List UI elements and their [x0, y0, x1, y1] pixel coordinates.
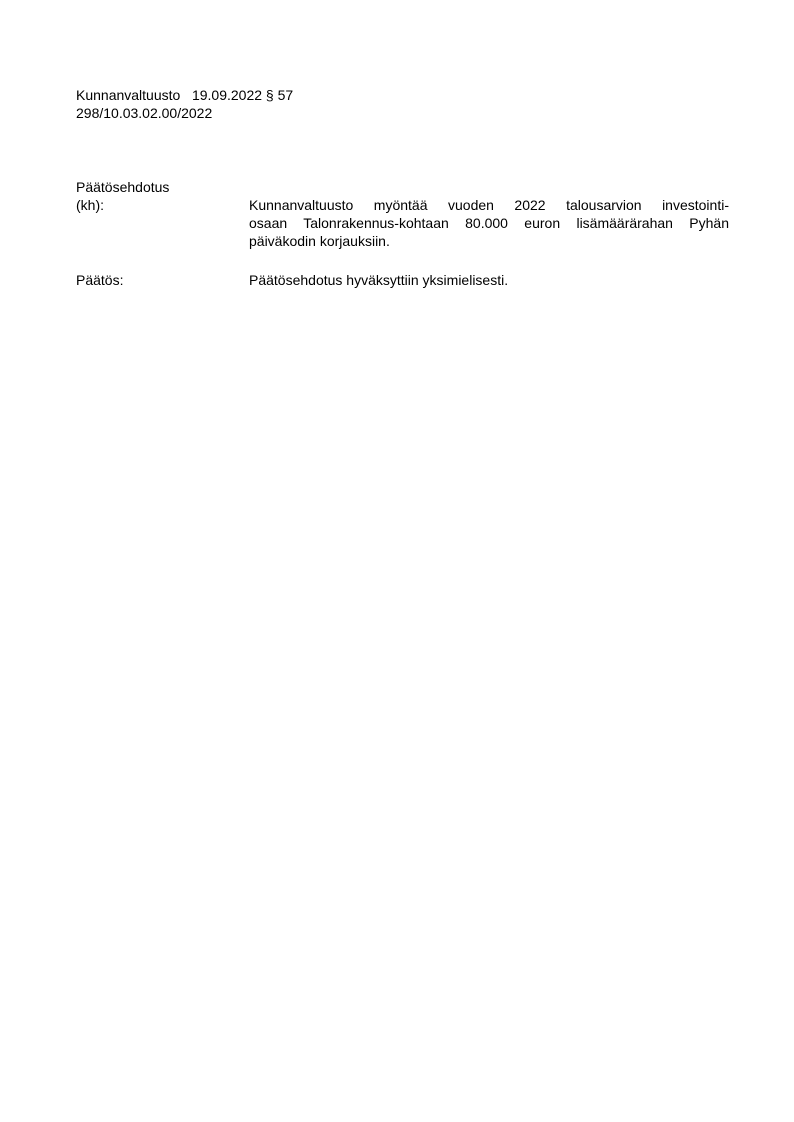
- decision-text: Päätösehdotus hyväksyttiin yksimielisest…: [249, 271, 508, 289]
- proposal-text-line: päiväkodin korjauksiin.: [249, 232, 729, 250]
- meeting-header: Kunnanvaltuusto 19.09.2022 § 57: [76, 86, 293, 104]
- record-number: 298/10.03.02.00/2022: [76, 104, 212, 122]
- proposal-text: Kunnanvaltuusto myöntää vuoden 2022 talo…: [249, 196, 729, 250]
- decision-label: Päätös:: [76, 271, 123, 289]
- proposal-label-author: (kh):: [76, 196, 104, 214]
- proposal-text-line: osaan Talonrakennus-kohtaan 80.000 euron…: [249, 214, 729, 232]
- proposal-text-line: Kunnanvaltuusto myöntää vuoden 2022 talo…: [249, 196, 729, 214]
- proposal-label: Päätösehdotus: [76, 178, 169, 196]
